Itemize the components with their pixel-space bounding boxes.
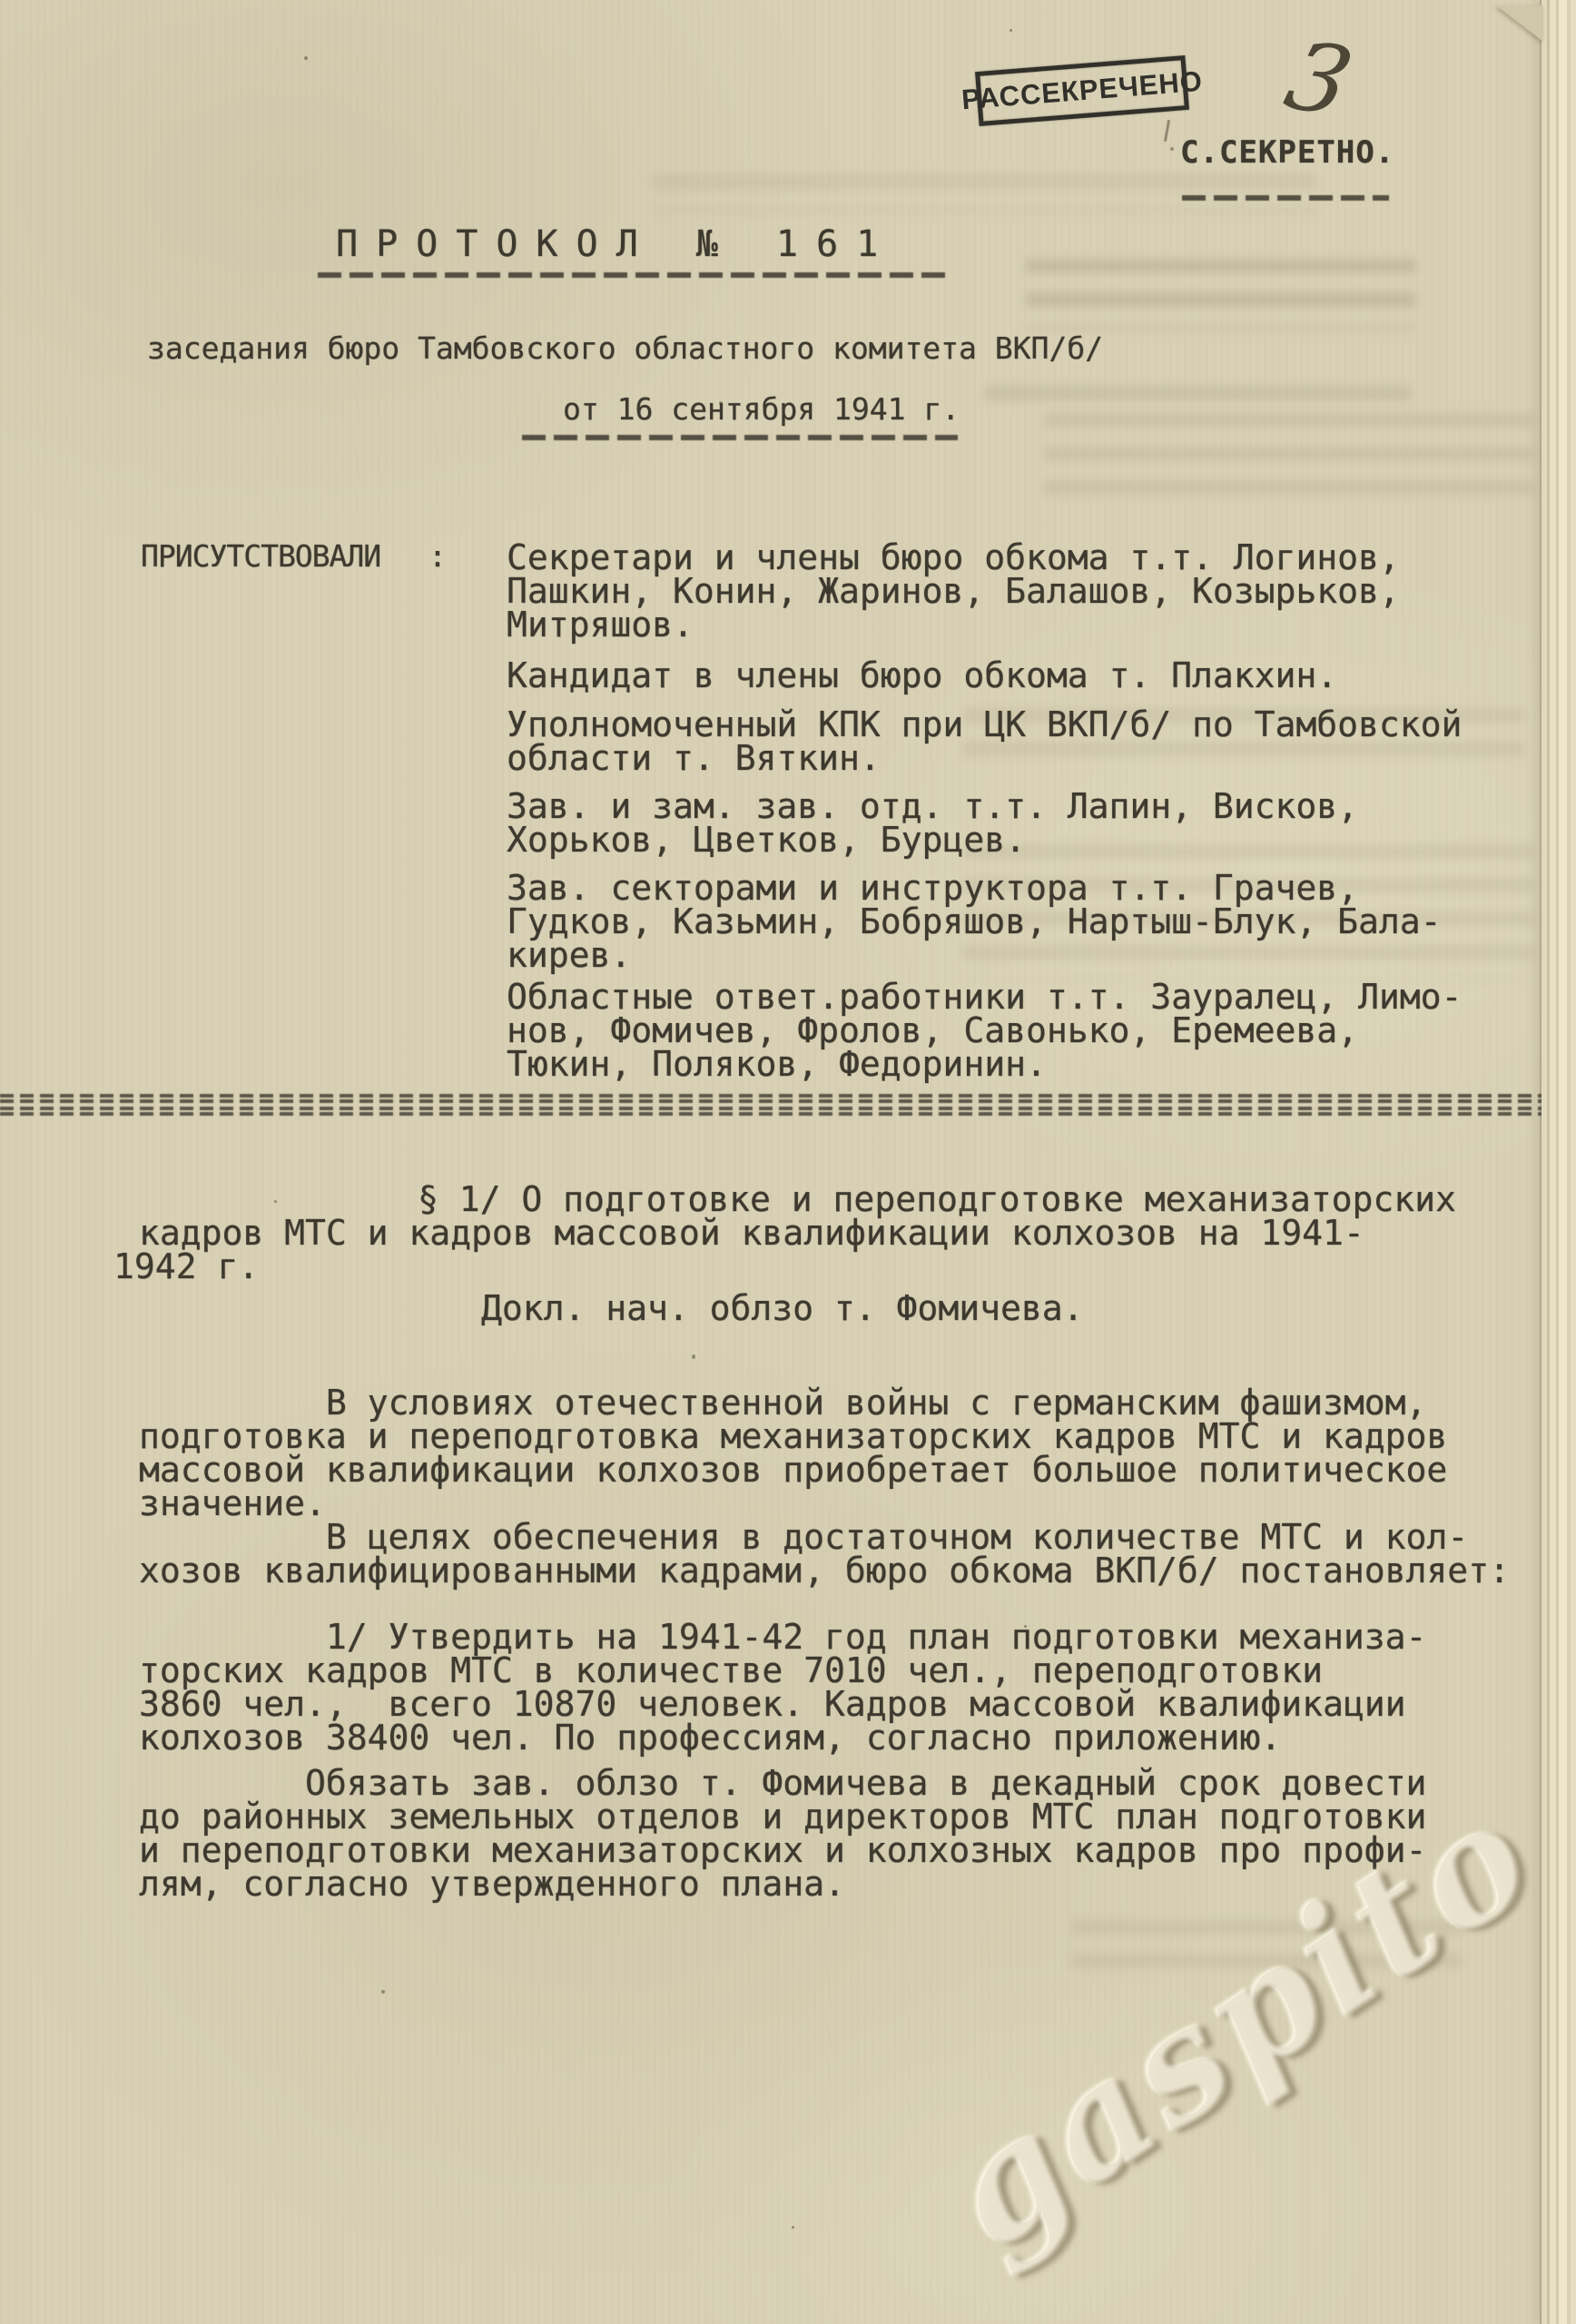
attendee-entry: Зав. и зам. зав. отд. т.т. Лапин, Висков…	[507, 790, 1560, 857]
attendee-entry: Уполномоченный КПК при ЦК ВКП/б/ по Тамб…	[507, 708, 1560, 775]
bleed-through-smudge	[1044, 413, 1534, 513]
declassified-stamp: РАССЕКРЕЧЕНО	[975, 55, 1189, 126]
title-underline	[318, 272, 948, 278]
archive-watermark: gaspito.ru	[915, 1669, 1576, 2285]
attendee-entry: Кандидат в члены бюро обкома т. Плакхин.	[507, 659, 1560, 693]
pencil-dot	[1170, 147, 1174, 151]
bleed-through-smudge	[1026, 259, 1416, 330]
paper-speck	[381, 1990, 385, 1994]
separator-line	[0, 1107, 1563, 1110]
paper-speck	[692, 1354, 695, 1359]
separator-line	[0, 1099, 1563, 1103]
body-paragraph: 1/ Утвердить на 1941-42 год план подгото…	[139, 1620, 1528, 1755]
agenda-item-line1: § 1/ О подготовке и переподготовке механ…	[418, 1183, 1456, 1216]
subtitle-line1: заседания бюро Тамбовского областного ко…	[147, 331, 1103, 365]
separator-line	[0, 1094, 1563, 1098]
document-title: ПРОТОКОЛ № 161	[336, 223, 896, 265]
attendee-entry: Областные ответ.работники т.т. Зауралец,…	[507, 980, 1560, 1081]
pencil-mark	[1164, 120, 1170, 142]
date-underline	[522, 435, 958, 440]
agenda-item-line3: 1942 г.	[113, 1250, 259, 1284]
agenda-speaker: Докл. нач. облзо т. Фомичева.	[481, 1292, 1083, 1325]
paper-speck	[304, 56, 308, 60]
subtitle-line2: от 16 сентября 1941 г.	[563, 392, 960, 426]
separator-line	[0, 1112, 1563, 1116]
paper-speck	[274, 1200, 277, 1203]
body-paragraph: В условиях отечественной войны с германс…	[139, 1386, 1528, 1588]
folded-corner	[1496, 5, 1543, 42]
attendee-entry: Зав. секторами и инструктора т.т. Грачев…	[507, 871, 1560, 972]
agenda-item-line2: кадров МТС и кадров массовой квалификаци…	[139, 1216, 1364, 1250]
attendees-label: ПРИСУТСТВОВАЛИ	[141, 539, 380, 573]
paper-speck	[1010, 29, 1012, 32]
paper-speck	[792, 2226, 794, 2229]
handwritten-page-number: 3	[1276, 21, 1364, 138]
page-stack-edge	[1540, 0, 1576, 2324]
attendee-entry: Секретари и члены бюро обкома т.т. Логин…	[507, 541, 1560, 642]
secrecy-underline	[1182, 195, 1389, 201]
secrecy-label: С.СЕКРЕТНО.	[1180, 134, 1394, 171]
document-page: РАССЕКРЕЧЕНО 3 С.СЕКРЕТНО. ПРОТОКОЛ № 16…	[0, 0, 1576, 2324]
bleed-through-smudge	[654, 174, 1316, 212]
bleed-through-smudge	[985, 386, 1412, 400]
attendees-colon: :	[428, 539, 447, 573]
